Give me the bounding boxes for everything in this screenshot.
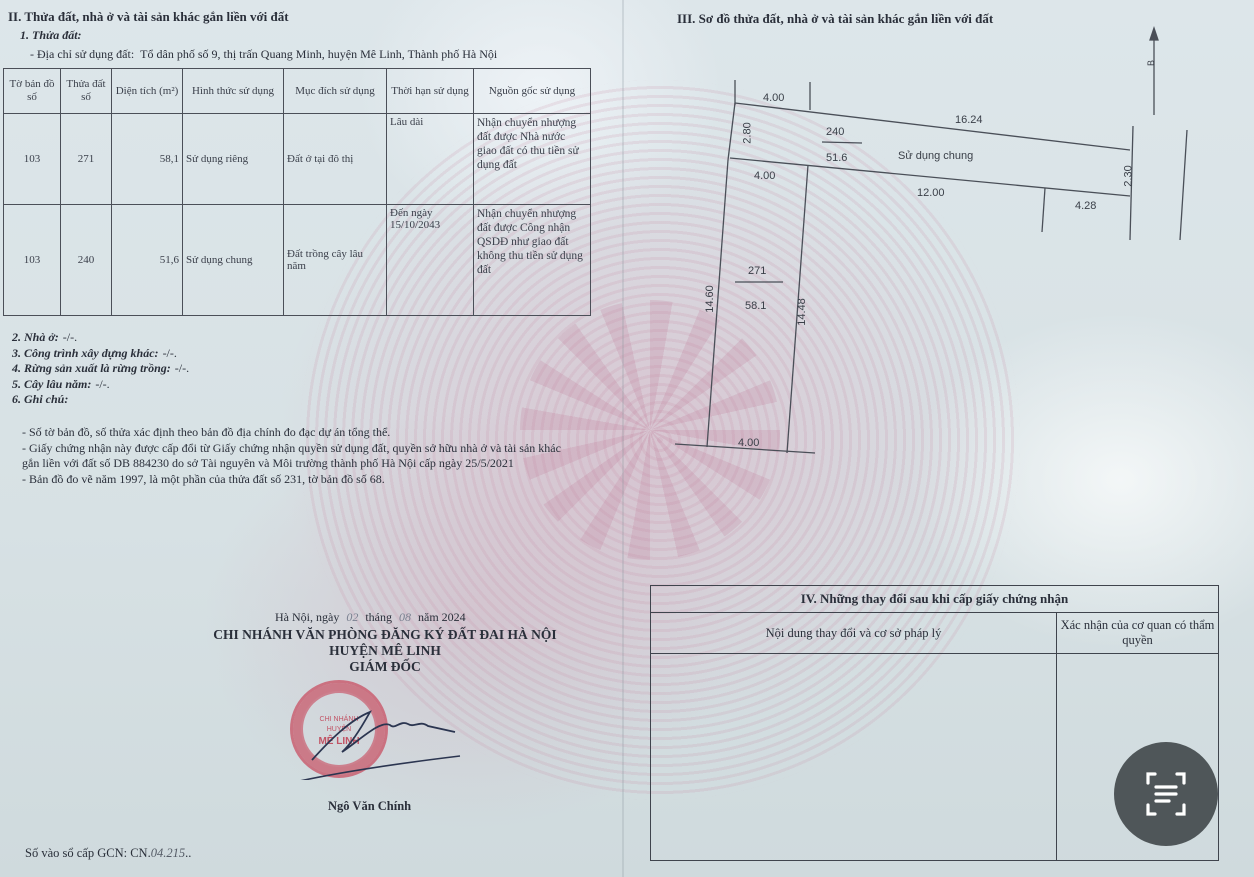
dim-right-side-271: 14.48 <box>796 298 808 326</box>
dim-bottom-width: 4.00 <box>738 437 759 449</box>
parcel-240-area: 51.6 <box>826 152 847 164</box>
parcel-271-area: 58.1 <box>745 300 766 312</box>
parcel-271-number: 271 <box>748 265 766 277</box>
dim-mid-right-segment: 4.28 <box>1075 200 1096 212</box>
col-header-change-content: Nội dung thay đổi và cơ sở pháp lý <box>651 613 1057 654</box>
dim-mid-long-edge: 12.00 <box>917 187 945 199</box>
change-content-cell <box>651 654 1057 861</box>
dim-right-side-240: 2.30 <box>1123 165 1135 186</box>
section-4-title: IV. Những thay đổi sau khi cấp giấy chứn… <box>651 586 1219 613</box>
dim-left-side-271: 14.60 <box>704 285 716 313</box>
dim-top-left-width: 4.00 <box>763 92 784 104</box>
parcel-240-usage: Sử dụng chung <box>898 150 973 162</box>
north-label: B <box>1146 60 1156 66</box>
parcel-240-number: 240 <box>826 126 844 138</box>
dim-left-side-240: 2.80 <box>742 122 754 143</box>
col-header-authority-confirmation: Xác nhận của cơ quan có thẩm quyền <box>1057 613 1219 654</box>
dim-top-long-edge: 16.24 <box>955 114 983 126</box>
scan-text-icon <box>1141 769 1191 819</box>
scan-text-button[interactable] <box>1114 742 1218 846</box>
dim-mid-left-width: 4.00 <box>754 170 775 182</box>
